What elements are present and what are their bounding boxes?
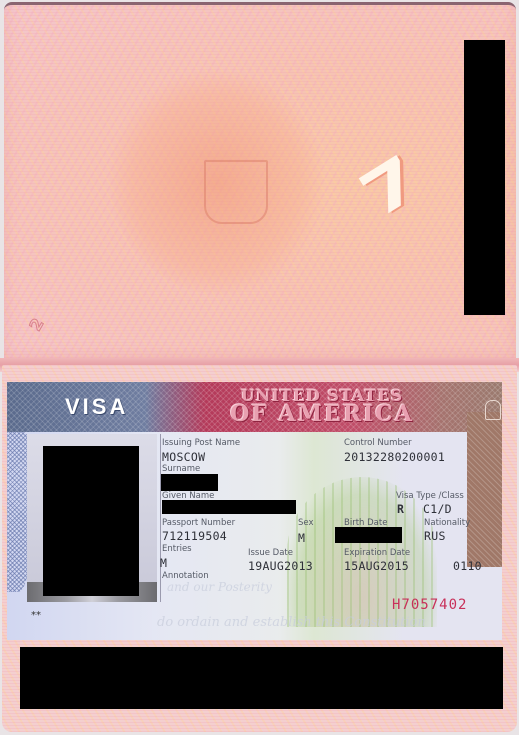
emblem-shield	[204, 160, 268, 224]
visa-type-value: R	[397, 502, 404, 516]
page-number-small: 2	[26, 315, 48, 334]
entries-label: Entries	[162, 544, 192, 554]
sex-label: Sex	[298, 518, 314, 528]
photo-divider	[160, 434, 161, 602]
country-title: UNITED STATES OF AMERICA	[212, 386, 432, 424]
visa-serial-number: H7057402	[392, 597, 467, 613]
expiration-date-label: Expiration Date	[344, 548, 410, 558]
visa-title: VISA	[65, 394, 128, 420]
liberty-bell-icon	[485, 400, 501, 420]
redaction-bar-vertical	[464, 40, 505, 315]
redaction-photo	[43, 446, 139, 596]
passport-number-label: Passport Number	[162, 518, 235, 528]
control-number-label: Control Number	[344, 438, 412, 448]
nationality-value: RUS	[424, 529, 446, 543]
annotation-label: Annotation	[162, 571, 209, 581]
watermark-text-2: do ordain and establish this Constitutio…	[157, 615, 426, 630]
visa-class-value: C1/D	[423, 502, 452, 516]
expiration-date-value: 15AUG2015	[344, 559, 409, 573]
issue-date-value: 19AUG2013	[248, 559, 313, 573]
nationality-label: Nationality	[424, 518, 470, 528]
control-number-value: 20132280200001	[344, 450, 445, 464]
country-title-line2: OF AMERICA	[212, 405, 432, 424]
annotation-code: 0110	[453, 559, 482, 573]
redaction-machine-readable-zone	[20, 647, 503, 709]
issue-date-label: Issue Date	[248, 548, 293, 558]
stars-marker: **	[31, 610, 41, 621]
surname-label: Surname	[162, 464, 200, 474]
issuing-post-label: Issuing Post Name	[162, 438, 240, 448]
issuing-post-value: MOSCOW	[162, 450, 205, 464]
passport-number-value: 712119504	[162, 529, 227, 543]
redaction-given-name	[162, 500, 296, 514]
visa-header-band: VISA UNITED STATES OF AMERICA	[7, 382, 502, 432]
entries-value: M	[160, 556, 167, 570]
redaction-surname	[161, 474, 218, 491]
redaction-birth-date	[335, 527, 402, 543]
watermark-text-1: and our Posterity	[167, 580, 272, 594]
coat-of-arms-emblem	[109, 70, 324, 295]
passport-page-top: 7 2	[4, 2, 516, 367]
right-security-band	[467, 412, 502, 567]
visa-type-label: Visa Type /Class	[396, 491, 464, 501]
sex-value: M	[298, 531, 305, 545]
page-number: 7	[347, 141, 433, 233]
